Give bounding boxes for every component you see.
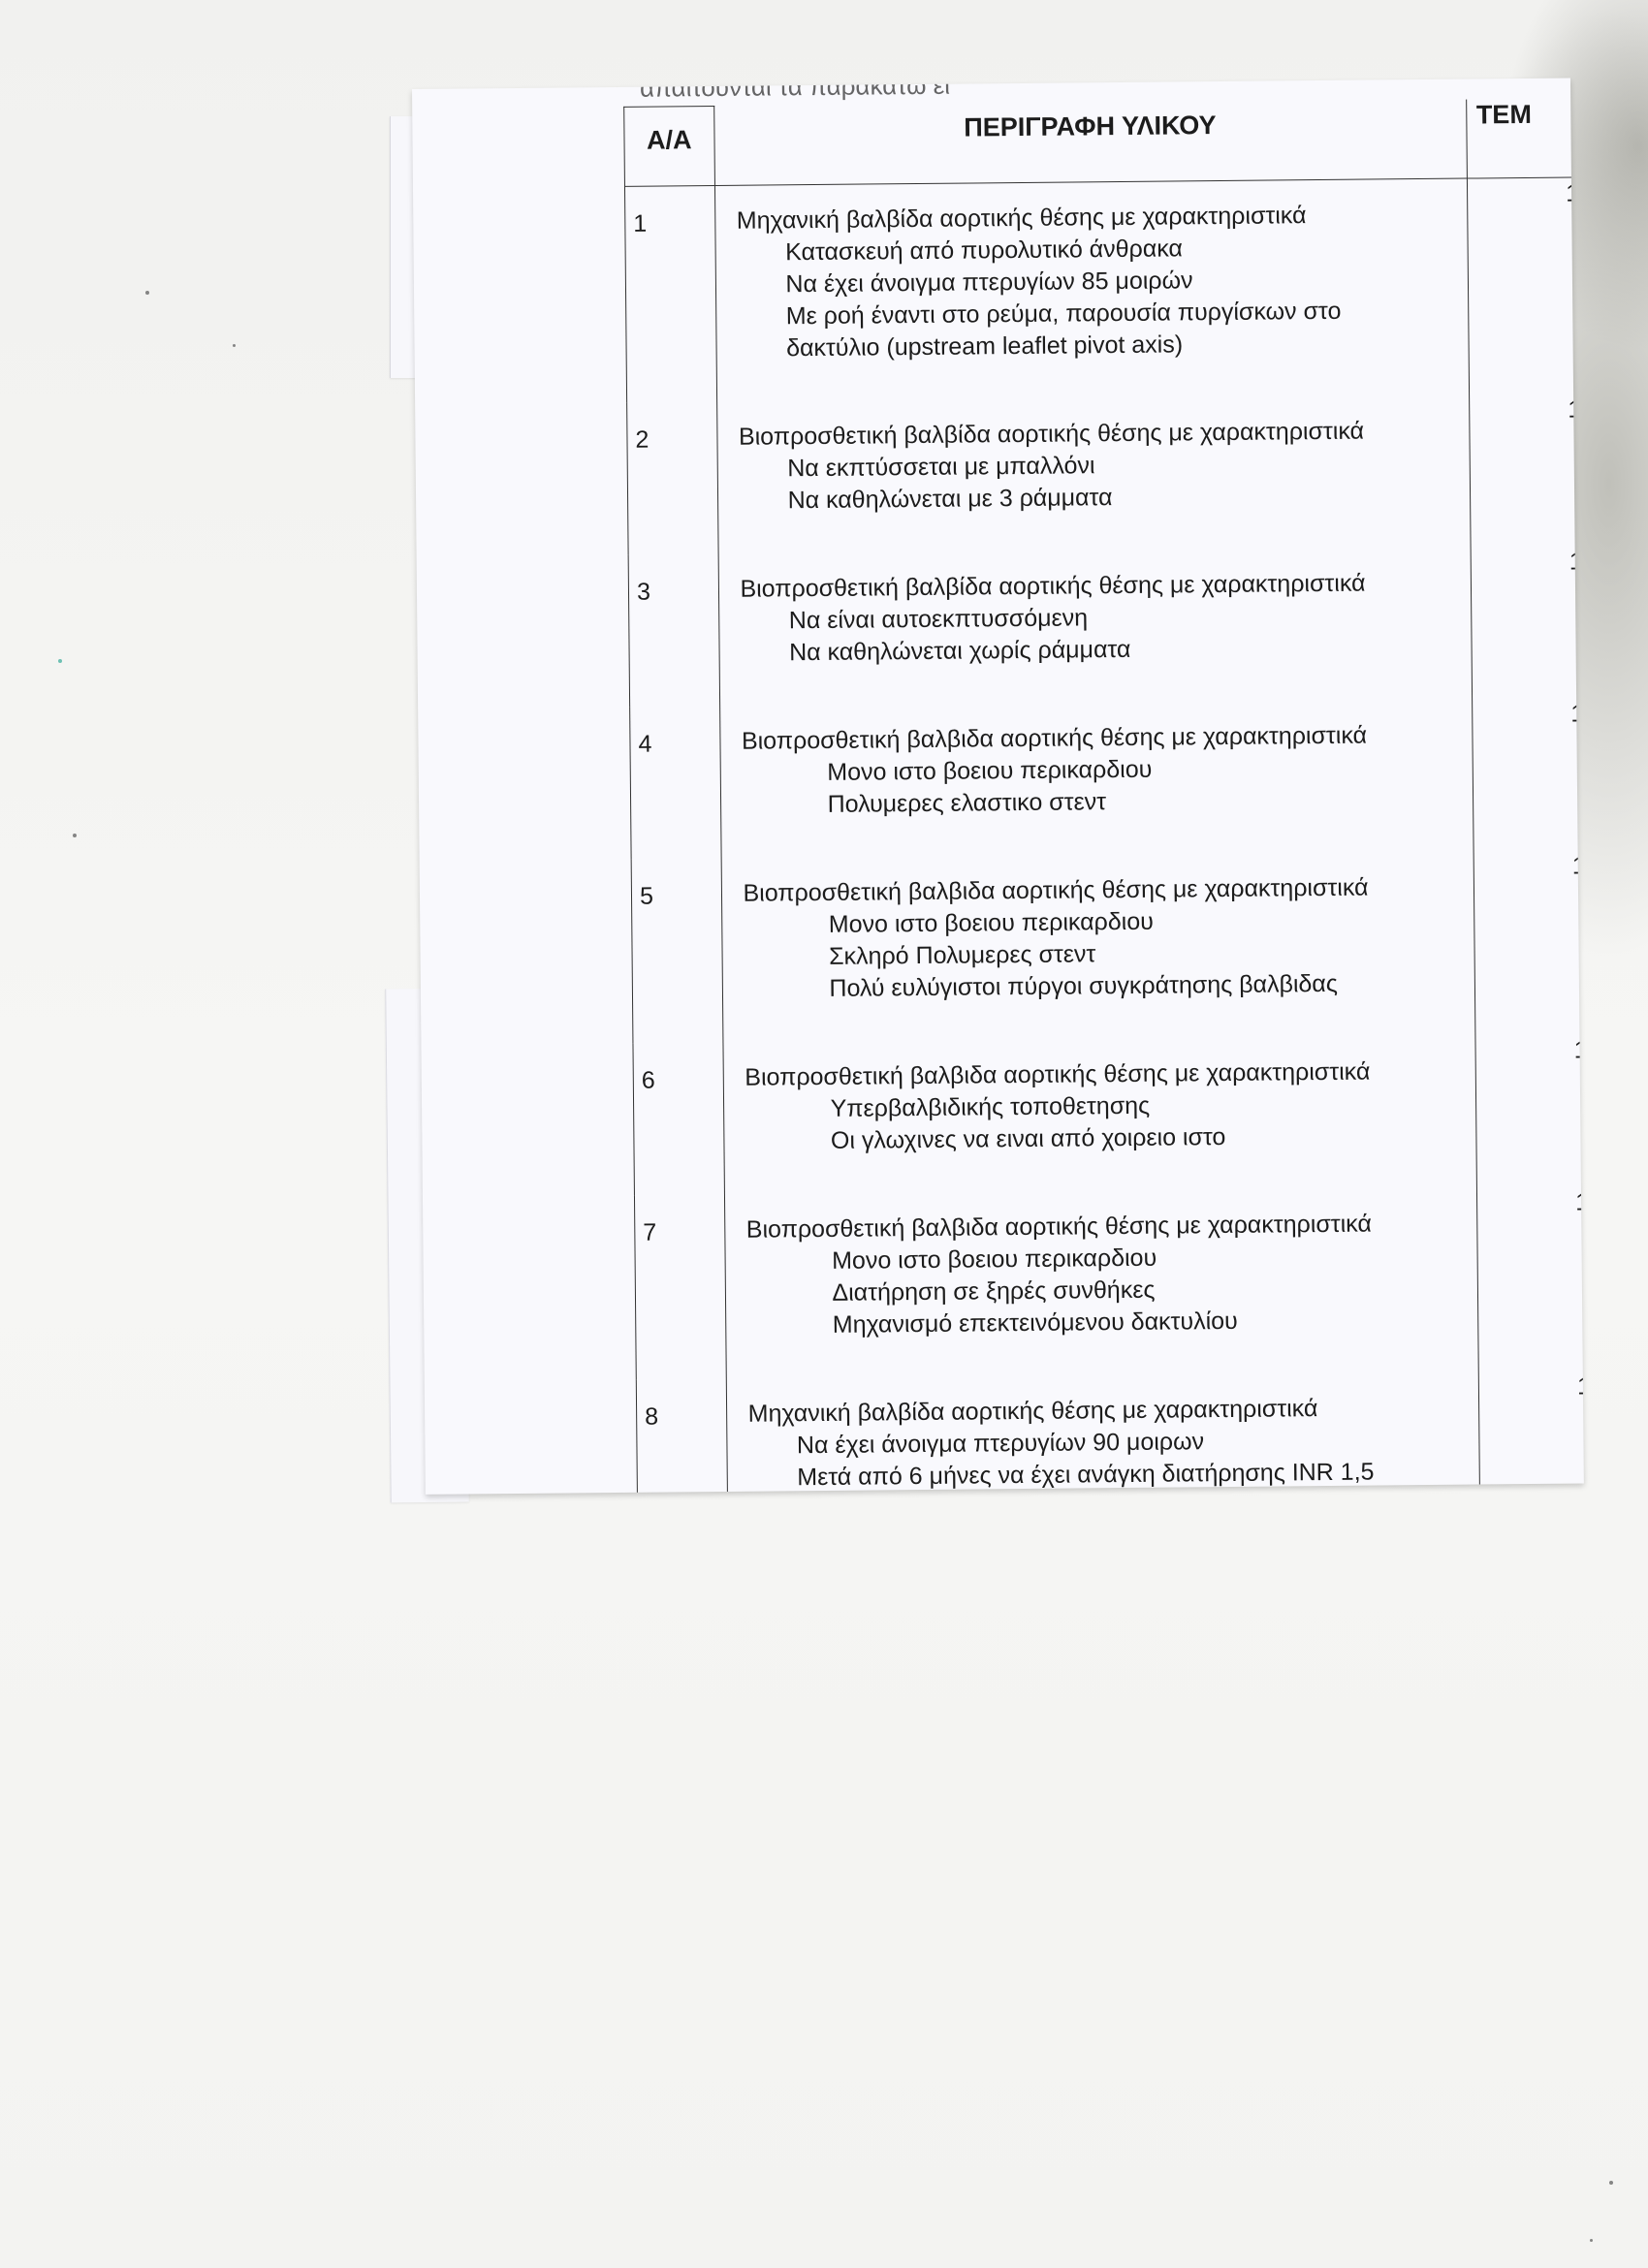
table-row: 3Βιοπροσθετική βαλβίδα αορτικής θέσης με… bbox=[628, 546, 1584, 708]
row-number: 8 bbox=[636, 1379, 727, 1495]
row-number: 3 bbox=[628, 554, 719, 708]
row-quantity: 1 bbox=[1474, 1034, 1583, 1187]
item-feature: Να καθηλώνεται με 3 ράμματα bbox=[739, 479, 1457, 518]
dust-speck bbox=[58, 659, 62, 663]
row-description: Βιοπροσθετική βαλβιδα αορτικής θέσης με … bbox=[722, 1036, 1475, 1195]
row-number: 4 bbox=[630, 707, 721, 860]
dust-speck bbox=[1609, 2181, 1613, 2185]
row-description: Βιοπροσθετική βαλβιδα αορτικής θέσης με … bbox=[721, 852, 1475, 1043]
table-row: 7Βιοπροσθετική βαλβιδα αορτικής θέσης με… bbox=[634, 1186, 1583, 1380]
table-body: 1Μηχανική βαλβίδα αορτικής θέσης με χαρα… bbox=[624, 177, 1583, 1495]
dust-speck bbox=[73, 834, 77, 837]
item-feature: δακτύλιο (upstream leaflet pivot axis) bbox=[738, 327, 1456, 365]
row-number: 2 bbox=[627, 402, 718, 555]
row-description: Βιοπροσθετική βαλβιδα αορτικής θέσης με … bbox=[719, 700, 1473, 859]
header-description: ΠΕΡΙΓΡΑΦΗ ΥΛΙΚΟΥ bbox=[713, 99, 1467, 185]
item-feature: Οι γλωχινες να ειναι από χοιρειο ιστο bbox=[745, 1119, 1464, 1158]
item-feature: Πολυμερες ελαστικο στεντ bbox=[742, 783, 1460, 822]
row-description: Βιοπροσθετική βαλβιδα αορτικής θέσης με … bbox=[724, 1188, 1478, 1379]
row-number: 5 bbox=[631, 859, 722, 1044]
materials-table: Α/Α ΠΕΡΙΓΡΑΦΗ ΥΛΙΚΟΥ ΤΕΜ 1Μηχανική βαλβί… bbox=[623, 97, 1584, 1495]
table-row: 8Μηχανική βαλβίδα αορτικής θέσης με χαρα… bbox=[636, 1370, 1584, 1495]
dust-speck bbox=[233, 344, 236, 347]
row-description: Βιοπροσθετική βαλβίδα αορτικής θέσης με … bbox=[716, 395, 1470, 554]
row-description: Μηχανική βαλβίδα αορτικής θέσης με χαρακ… bbox=[726, 1372, 1479, 1495]
row-number: 6 bbox=[633, 1043, 724, 1196]
table-row: 4Βιοπροσθετική βαλβιδα αορτικής θέσης με… bbox=[630, 698, 1584, 860]
row-quantity: 1 bbox=[1474, 850, 1584, 1035]
row-quantity: 1 bbox=[1472, 698, 1584, 851]
table-row: 6Βιοπροσθετική βαλβιδα αορτικής θέσης με… bbox=[633, 1034, 1584, 1196]
item-feature: Πολύ ευλύγιστοι πύργοι συγκράτησης βαλβι… bbox=[744, 967, 1462, 1006]
table-row: 1Μηχανική βαλβίδα αορτικής θέσης με χαρα… bbox=[624, 177, 1583, 403]
scanned-page: απαιτούνται τα παρακάτω εί Α/Α ΠΕΡΙΓΡΑΦΗ… bbox=[412, 79, 1584, 1495]
item-feature: Μηχανισμό επεκτεινόμενου δακτυλίου bbox=[747, 1304, 1466, 1342]
dust-speck bbox=[145, 291, 149, 295]
row-number: 1 bbox=[624, 186, 716, 403]
header-aa: Α/Α bbox=[624, 107, 714, 187]
item-feature: Να καθηλώνεται χωρίς ράμματα bbox=[741, 631, 1459, 670]
row-quantity: 1 bbox=[1467, 177, 1584, 395]
table-row: 2Βιοπροσθετική βαλβίδα αορτικής θέσης με… bbox=[627, 394, 1584, 555]
row-number: 7 bbox=[634, 1195, 725, 1380]
row-description: Βιοπροσθετική βαλβίδα αορτικής θέσης με … bbox=[718, 548, 1472, 707]
header-quantity: ΤΕΜ bbox=[1466, 98, 1584, 178]
table-header-row: Α/Α ΠΕΡΙΓΡΑΦΗ ΥΛΙΚΟΥ ΤΕΜ bbox=[624, 98, 1584, 187]
dust-speck bbox=[1590, 2239, 1593, 2242]
table-row: 5Βιοπροσθετική βαλβιδα αορτικής θέσης με… bbox=[631, 850, 1584, 1044]
row-quantity: 1 bbox=[1476, 1186, 1584, 1371]
row-quantity: 1 bbox=[1469, 394, 1584, 547]
row-quantity: 1 bbox=[1478, 1370, 1584, 1495]
row-quantity: 1 bbox=[1471, 546, 1584, 699]
row-description: Μηχανική βαλβίδα αορτικής θέσης με χαρακ… bbox=[714, 178, 1469, 402]
